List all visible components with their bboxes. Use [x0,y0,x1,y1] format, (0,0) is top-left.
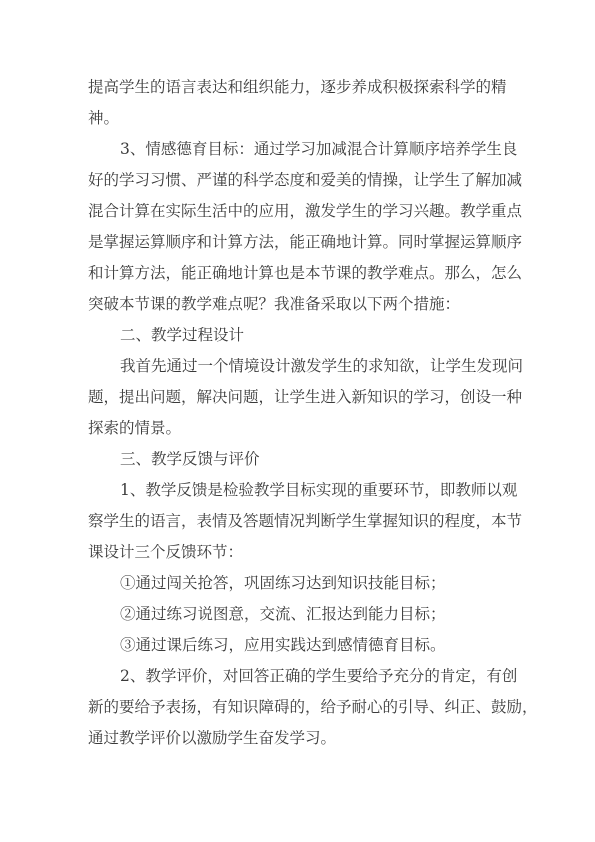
text-line: 探索的情景。 [88,413,512,444]
text-line: 2、教学评价，对回答正确的学生要给予充分的肯定，有创 [88,661,512,692]
paragraph-list-item: ①通过闯关抢答，巩固练习达到知识技能目标； [88,568,512,599]
paragraph: 1、教学反馈是检验教学目标实现的重要环节，即教师以观 察学生的语言，表情及答题情… [88,475,512,568]
paragraph-section-heading: 三、教学反馈与评价 [88,444,512,475]
paragraph-list-item: ③通过课后练习，应用实践达到感情德育目标。 [88,630,512,661]
text-line: ②通过练习说图意，交流、汇报达到能力目标； [88,599,512,630]
text-line: 突破本节课的教学难点呢？我准备采取以下两个措施： [88,289,512,320]
text-line: 课设计三个反馈环节： [88,537,512,568]
text-line: ③通过课后练习，应用实践达到感情德育目标。 [88,630,512,661]
text-line: 察学生的语言，表情及答题情况判断学生掌握知识的程度，本节 [88,506,512,537]
text-line: 和计算方法，能正确地计算也是本节课的教学难点。那么，怎么 [88,258,512,289]
text-line: 三、教学反馈与评价 [88,444,512,475]
paragraph: 2、教学评价，对回答正确的学生要给予充分的肯定，有创 新的要给予表扬，有知识障碍… [88,661,512,754]
paragraph: 3、情感德育目标：通过学习加减混合计算顺序培养学生良 好的学习习惯、严谨的科学态… [88,134,512,320]
text-line: 新的要给予表扬，有知识障碍的，给予耐心的引导、纠正、鼓励， [88,692,512,723]
text-line: 好的学习习惯、严谨的科学态度和爱美的情操，让学生了解加减 [88,165,512,196]
paragraph: 提高学生的语言表达和组织能力，逐步养成积极探索科学的精 神。 [88,72,512,134]
text-line: 3、情感德育目标：通过学习加减混合计算顺序培养学生良 [88,134,512,165]
text-line: 神。 [88,103,512,134]
document-body: 提高学生的语言表达和组织能力，逐步养成积极探索科学的精 神。 3、情感德育目标：… [88,72,512,754]
text-line: 是掌握运算顺序和计算方法，能正确地计算。同时掌握运算顺序 [88,227,512,258]
text-line: 我首先通过一个情境设计激发学生的求知欲，让学生发现问 [88,351,512,382]
document-page: 提高学生的语言表达和组织能力，逐步养成积极探索科学的精 神。 3、情感德育目标：… [0,0,595,842]
paragraph-list-item: ②通过练习说图意，交流、汇报达到能力目标； [88,599,512,630]
paragraph: 我首先通过一个情境设计激发学生的求知欲，让学生发现问 题，提出问题，解决问题，让… [88,351,512,444]
text-line: 1、教学反馈是检验教学目标实现的重要环节，即教师以观 [88,475,512,506]
text-line: ①通过闯关抢答，巩固练习达到知识技能目标； [88,568,512,599]
text-line: 题，提出问题，解决问题，让学生进入新知识的学习，创设一种 [88,382,512,413]
text-line: 通过教学评价以激励学生奋发学习。 [88,723,512,754]
paragraph-section-heading: 二、教学过程设计 [88,320,512,351]
text-line: 混合计算在实际生活中的应用，激发学生的学习兴趣。教学重点 [88,196,512,227]
text-line: 二、教学过程设计 [88,320,512,351]
text-line: 提高学生的语言表达和组织能力，逐步养成积极探索科学的精 [88,72,512,103]
